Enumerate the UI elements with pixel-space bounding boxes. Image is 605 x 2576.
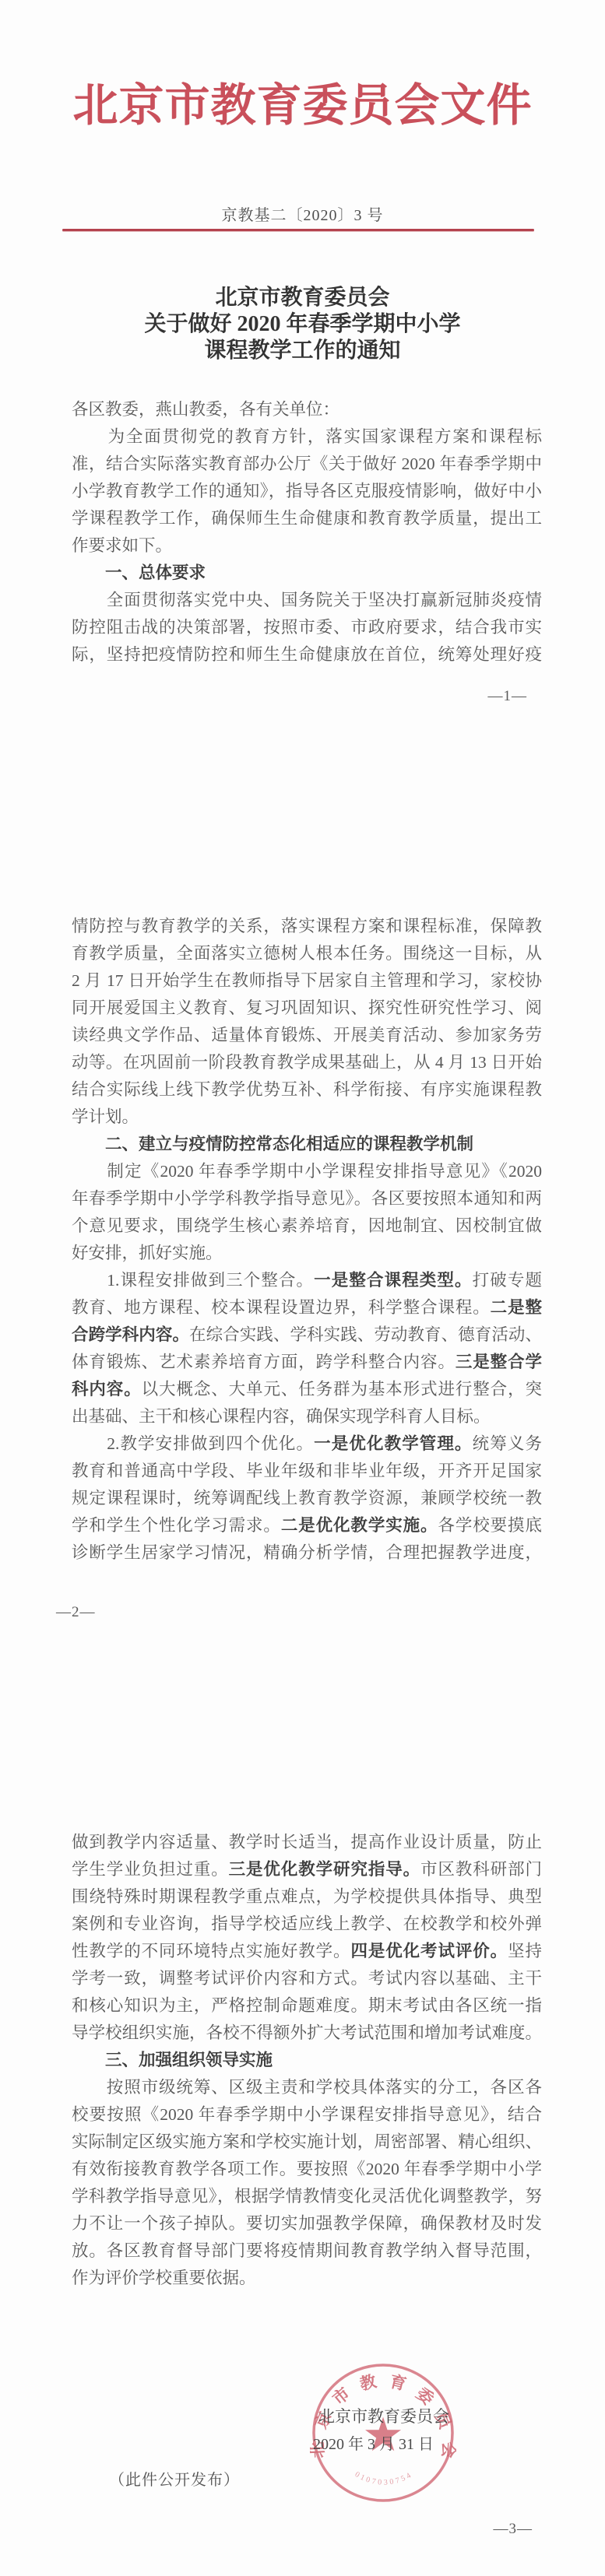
text-line: 各区教委，燕山教委，各有关单位： [72,396,542,423]
text-line: 有效衔接教育教学各项工作。要按照《2020 年春季学期中小学 [72,2156,542,2183]
text-line: 放。各区教育督导部门要将疫情期间教育教学纳入督导范围， [72,2237,542,2265]
text-line: 性教学的不同环境特点实施好教学。四是优化考试评价。坚持 [72,1938,542,1965]
text-line: 二、建立与疫情防控常态化相适应的课程教学机制 [72,1131,542,1158]
sign-date: 2020 年 3 月 31 日 [313,2431,434,2454]
text-line: 围绕特殊时期课程教学重点难点，为学校提供具体指导、典型 [72,1883,542,1911]
text-line: 情防控与教育教学的关系，落实课程方案和课程标准，保障教 [72,913,542,940]
text-line: 为全面贯彻党的教育方针，落实国家课程方案和课程标 [72,423,542,451]
text-line: 和核心知识为主，严格控制命题难度。期末考试由各区统一指 [72,1992,542,2020]
text-line: 小学教育教学工作的通知》，指导各区克服疫情影响，做好中小 [72,478,542,505]
text-line: 学考一致，调整考试评价内容和方式。考试内容以基础、主干 [72,1965,542,1992]
text-line: 一、总体要求 [72,560,542,587]
text-line: 做到教学内容适量、教学时长适当，提高作业设计质量，防止 [72,1829,542,1856]
text-line: 实际制定区级实施方案和学校实施计划，周密部署、精心组织、 [72,2129,542,2156]
body-page-1: 各区教委，燕山教委，各有关单位： 为全面贯彻党的教育方针，落实国家课程方案和课程… [72,396,542,669]
letterhead-title: 北京市教育委员会文件 [0,75,605,137]
text-line: 出基础、主干和核心课程内容，确保实现学科育人目标。 [72,1403,542,1430]
page-number-1: —1— [488,688,528,705]
text-line: 准，结合实际落实教育部办公厅《关于做好 2020 年春季学期中 [72,451,542,478]
text-line: 科内容。以大概念、大单元、任务群为基本形式进行整合，突 [72,1376,542,1403]
page-number-3: —3— [494,2521,533,2538]
text-line: 读经典文学作品、适量体育锻炼、开展美育活动、参加家务劳 [72,1022,542,1049]
document-scan: 北京市教育委员会文件 京教基二〔2020〕3 号 北京市教育委员会 关于做好 2… [0,0,605,2576]
text-line: 制定《2020 年春季学期中小学课程安排指导意见》《2020 [72,1158,542,1185]
red-divider [62,229,534,231]
text-line: 合跨学科内容。在综合实践、学科实践、劳动教育、德育活动、 [72,1321,542,1349]
text-line: 教育、地方课程、校本课程设置边界，科学整合课程。二是整 [72,1294,542,1321]
text-line: 际，坚持把疫情防控和师生生命健康放在首位，统筹处理好疫 [72,641,542,669]
text-line: 导学校组织实施，各校不得额外扩大考试范围和增加考试难度。 [72,2020,542,2047]
text-line: 好安排，抓好实施。 [72,1240,542,1267]
notice-title-line: 关于做好 2020 年春季学期中小学 [0,311,605,338]
text-line: 诊断学生居家学习情况，精确分析学情，合理把握教学进度， [72,1539,542,1567]
publish-note: （此件公开发布） [109,2467,240,2490]
text-line: 规定课程课时，统筹调配线上教育教学资源，兼顾学校统一教 [72,1485,542,1512]
text-line: 力不让一个孩子掉队。要切实加强教学保障，确保教材及时发 [72,2210,542,2237]
body-page-3: 做到教学内容适量、教学时长适当，提高作业设计质量，防止学生学业负担过重。三是优化… [72,1829,542,2292]
text-line: 作为评价学校重要依据。 [72,2265,542,2292]
text-line: 按照市级统筹、区级主责和学校具体落实的分工，各区各 [72,2074,542,2101]
text-line: 2 月 17 日开始学生在教师指导下居家自主管理和学习，家校协 [72,967,542,995]
notice-title-line: 课程教学工作的通知 [0,338,605,364]
text-line: 学课程教学工作，确保师生生命健康和教育教学质量，提出工 [72,505,542,532]
notice-title-line: 北京市教育委员会 [0,285,605,311]
seal-serial: 0107030754 [354,2470,415,2487]
text-line: 防控阻击战的决策部署，按照市委、市政府要求，结合我市实 [72,614,542,641]
page-number-2: —2— [56,1604,96,1621]
text-line: 全面贯彻落实党中央、国务院关于坚决打赢新冠肺炎疫情 [72,587,542,614]
text-line: 学和学生个性化学习需求。二是优化教学实施。各学校要摸底 [72,1512,542,1539]
text-line: 学计划。 [72,1104,542,1131]
text-line: 育教学质量，全面落实立德树人根本任务。围绕这一目标，从 [72,940,542,967]
text-line: 教育和普通高中学段、毕业年级和非毕业年级，开齐开足国家 [72,1458,542,1485]
text-line: 三、加强组织领导实施 [72,2047,542,2074]
text-line: 学生学业负担过重。三是优化教学研究指导。市区教科研部门 [72,1856,542,1883]
text-line: 动等。在巩固前一阶段教育教学成果基础上，从 4 月 13 日开始 [72,1049,542,1076]
text-line: 作要求如下。 [72,532,542,560]
text-line: 体育锻炼、艺术素养培育方面，跨学科整合内容。三是整合学 [72,1349,542,1376]
doc-number: 京教基二〔2020〕3 号 [0,202,605,225]
text-line: 结合实际线上线下教学优势互补、科学衔接、有序实施课程教 [72,1076,542,1104]
signer-name: 北京市教育委员会 [318,2404,449,2427]
notice-title: 北京市教育委员会 关于做好 2020 年春季学期中小学 课程教学工作的通知 [0,285,605,364]
text-line: 校要按照《2020 年春季学期中小学课程安排指导意见》，结合 [72,2101,542,2129]
text-line: 1.课程安排做到三个整合。一是整合课程类型。打破专题 [72,1267,542,1294]
text-line: 2.教学安排做到四个优化。一是优化教学管理。统筹义务 [72,1430,542,1458]
text-line: 学科教学指导意见》，根据学情教情变化灵活优化调整教学，努 [72,2183,542,2210]
body-page-2: 情防控与教育教学的关系，落实课程方案和课程标准，保障教育教学质量，全面落实立德树… [72,913,542,1567]
text-line: 同开展爱国主义教育、复习巩固知识、探究性研究性学习、阅 [72,995,542,1022]
text-line: 个意见要求，围绕学生核心素养培育，因地制宜、因校制宜做 [72,1213,542,1240]
text-line: 案例和专业咨询，指导学校适应线上教学、在校教学和校外弹 [72,1911,542,1938]
text-line: 年春季学期中小学学科教学指导意见》。各区要按照本通知和两 [72,1185,542,1213]
